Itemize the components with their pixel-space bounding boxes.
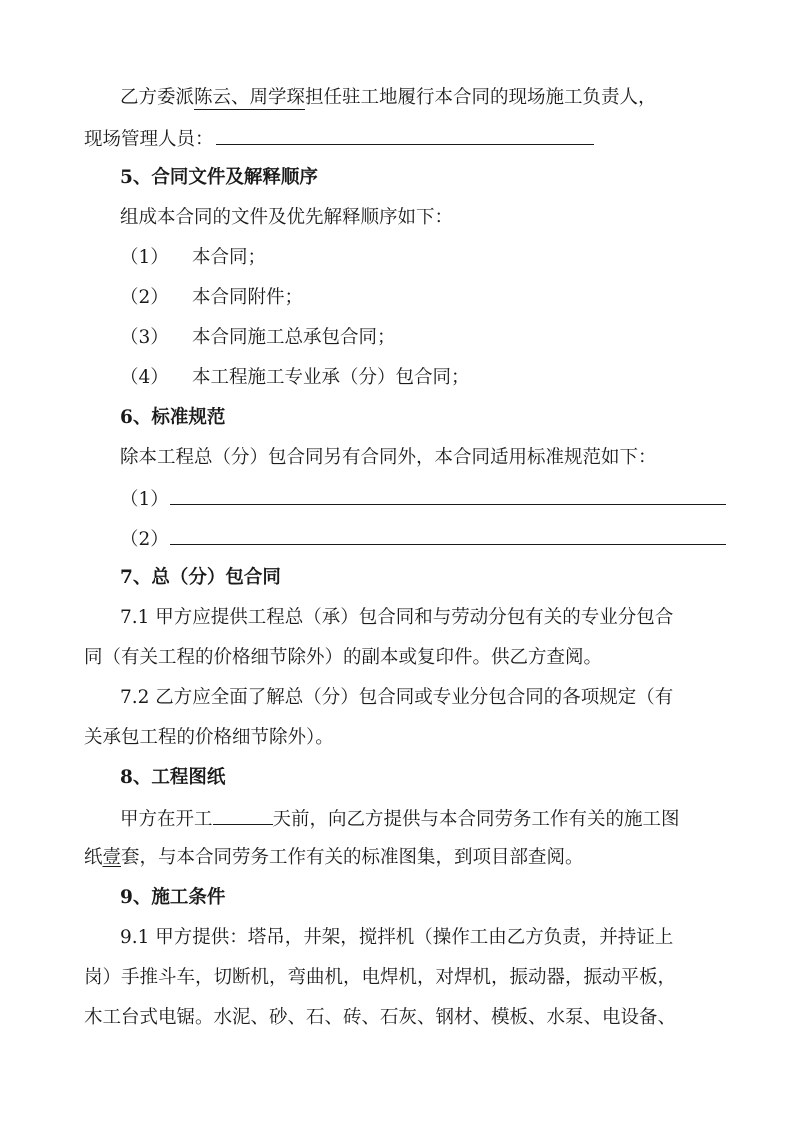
item-number: （4） [120,366,192,390]
section6-intro: 除本工程总（分）包合同另有合同外，本合同适用标准规范如下： [120,446,657,470]
section5-item-4: （4）本工程施工专业承（分）包合同； [120,366,470,390]
section8-line2: 纸壹套，与本合同劳务工作有关的标准图集，到项目部查阅。 [84,846,584,870]
item-number: （3） [120,326,192,350]
item-text: 本合同； [192,247,266,268]
section5-item-3: （3）本合同施工总承包合同； [120,326,396,350]
drawing-days-prefix: 甲方在开工 [120,809,213,830]
item-number: （2） [120,528,170,552]
section7-p2-line2: 关承包工程的价格细节除外）。 [84,726,334,750]
item-number: （1） [120,246,192,270]
section7-p1-line1: 7.1 甲方应提供工程总（承）包合同和与劳动分包有关的专业分包合 [120,606,673,630]
section5-item-1: （1）本合同； [120,246,266,270]
drawing-set-prefix: 纸 [84,847,103,868]
standard-2-blank [170,526,726,545]
section9-p1-line1: 9.1 甲方提供：塔吊，井架，搅拌机（操作工由乙方负责，并持证上 [120,926,673,950]
site-manager-prefix: 乙方委派 [120,87,194,108]
section5-intro: 组成本合同的文件及优先解释顺序如下： [120,206,453,230]
section6-item-2: （2） [120,526,726,550]
section6-heading: 6、标准规范 [120,406,225,430]
section8-line1: 甲方在开工天前，向乙方提供与本合同劳务工作有关的施工图 [120,806,680,830]
section9-p1-line2: 岗）手推斗车，切断机，弯曲机，电焊机，对焊机，振动器，振动平板， [84,966,676,990]
drawing-days-suffix: 天前，向乙方提供与本合同劳务工作有关的施工图 [273,809,680,830]
section9-heading: 9、施工条件 [120,886,225,910]
item-text: 本合同施工总承包合同； [192,327,396,348]
site-manager-names: 陈云、周学琛 [194,87,305,110]
drawing-set-count: 壹 [103,847,122,868]
item-text: 本合同附件； [192,287,303,308]
section7-p1-line2: 同（有关工程的价格细节除外）的副本或复印件。供乙方查阅。 [84,646,602,670]
section6-item-1: （1） [120,486,726,510]
section8-heading: 8、工程图纸 [120,766,225,790]
site-manager-suffix: 担任驻工地履行本合同的现场施工负责人， [305,87,657,108]
section7-heading: 7、总（分）包合同 [120,566,281,590]
section7-p2-line1: 7.2 乙方应全面了解总（分）包合同或专业分包合同的各项规定（有 [120,686,673,710]
drawing-set-suffix: 套，与本合同劳务工作有关的标准图集，到项目部查阅。 [121,847,584,868]
section5-heading: 5、合同文件及解释顺序 [120,166,318,190]
section9-p1-line3: 木工台式电锯。水泥、砂、石、砖、石灰、钢材、模板、水泵、电设备、 [84,1006,676,1030]
item-text: 本工程施工专业承（分）包合同； [192,367,470,388]
standard-1-blank [170,486,726,505]
site-staff-line: 现场管理人员： [84,126,594,150]
site-staff-blank [216,126,594,145]
item-number: （1） [120,488,170,512]
item-number: （2） [120,286,192,310]
section5-item-2: （2）本合同附件； [120,286,303,310]
site-manager-line: 乙方委派 陈云、周学琛 担任驻工地履行本合同的现场施工负责人， [120,86,657,110]
drawing-days-blank [213,806,273,825]
site-staff-label: 现场管理人员： [84,129,214,150]
